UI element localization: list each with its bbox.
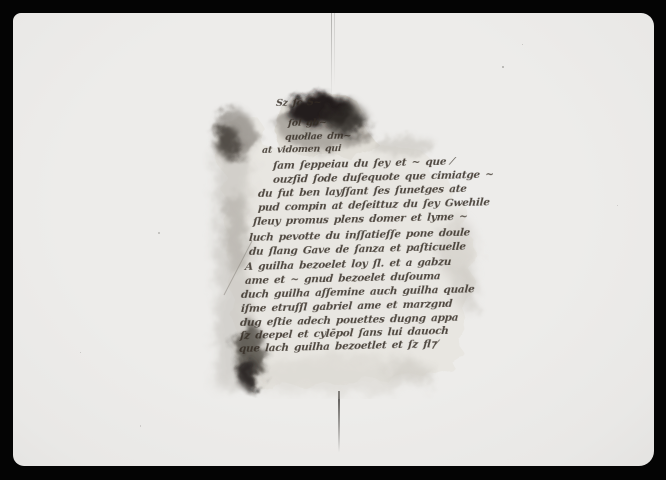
dust-speck xyxy=(158,232,160,234)
manuscript-text-layer: Sz ſc S~ ſol gb~ quołlae dm~ at vidomen … xyxy=(198,83,490,399)
manuscript-line: Sz ſc S~ xyxy=(276,98,322,109)
manuscript-line: ſol gb~ xyxy=(288,118,327,129)
center-fold-line-top-secondary xyxy=(334,13,335,87)
manuscript-fragment: Sz ſc S~ ſol gb~ quołlae dm~ at vidomen … xyxy=(198,83,490,399)
dust-speck xyxy=(522,44,523,45)
manuscript-line: du ſlang Gave de ſanza et paſticuelle xyxy=(249,242,466,257)
manuscript-line: at vidomen qui xyxy=(262,144,342,156)
dust-speck xyxy=(502,66,504,68)
manuscript-line: quołlae dm~ xyxy=(285,131,352,143)
manuscript-line: ame et ~ gnud bezoelet duſouma xyxy=(245,271,441,286)
dust-speck xyxy=(140,425,141,427)
dust-speck xyxy=(617,205,618,206)
archive-photo: Sz ſc S~ ſol gb~ quołlae dm~ at vidomen … xyxy=(0,0,666,480)
dust-speck xyxy=(80,352,81,353)
manuscript-line: ſleuy promus plens domer et lyme ~ xyxy=(253,212,468,227)
center-fold-line-bottom xyxy=(338,391,340,455)
manuscript-line: que lach guilha bezoetlet et ſz ﬂ⁊⁄ xyxy=(239,339,438,354)
manuscript-line: ſam ſeppeiau du ſey et ~ que ⁄ xyxy=(273,157,454,171)
